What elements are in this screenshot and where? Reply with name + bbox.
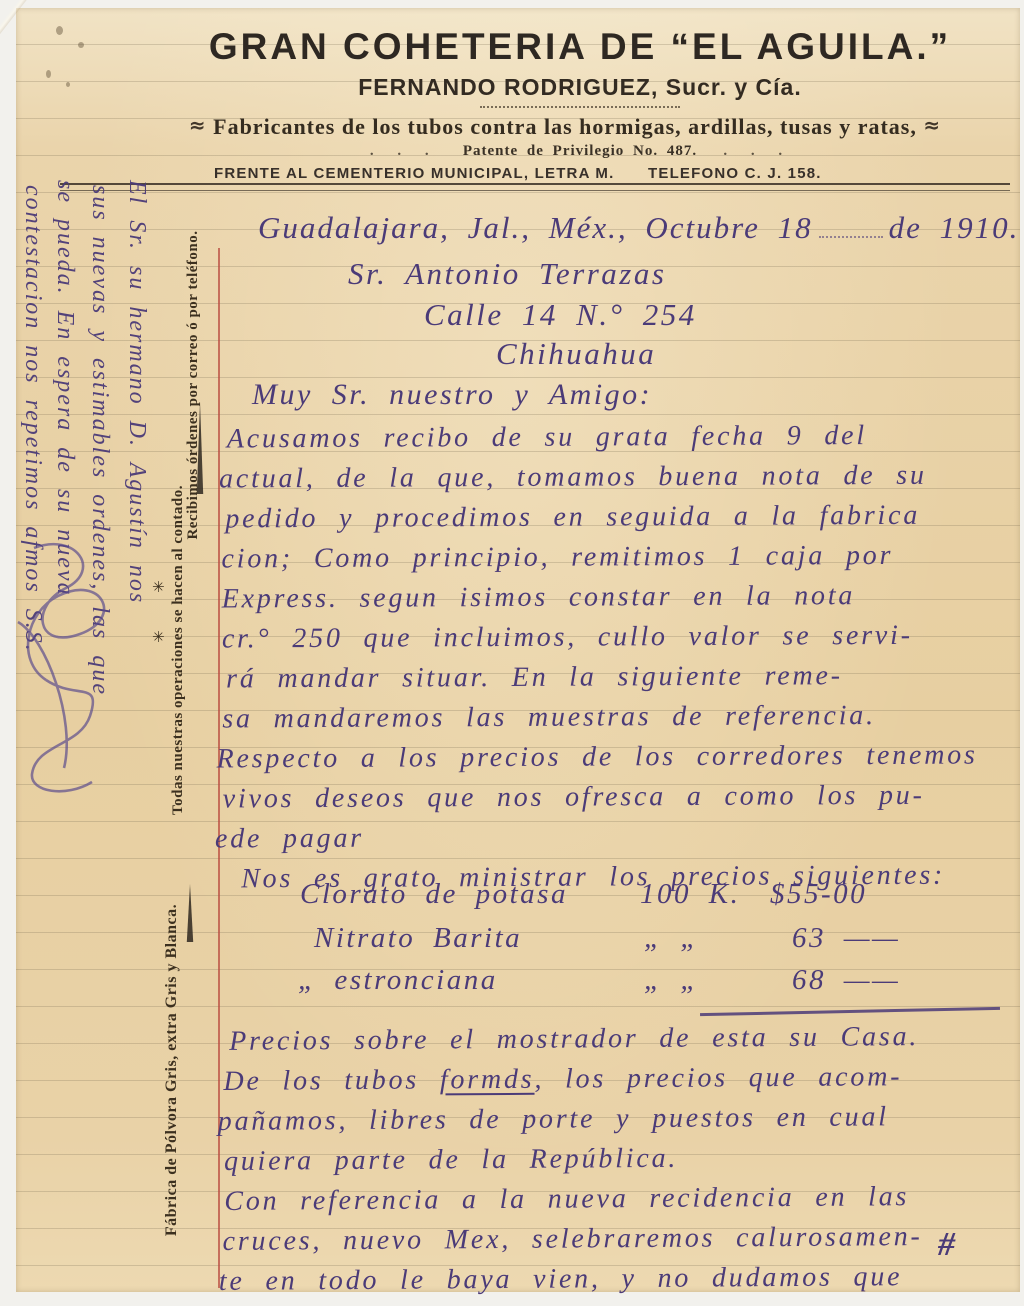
recipient-name: Sr. Antonio Terrazas: [348, 256, 666, 292]
date-year: de 1910.: [889, 210, 1020, 245]
scanned-letter: GRAN COHETERIA DE “EL AGUILA.” FERNANDO …: [0, 0, 1024, 1306]
hash-mark: #: [938, 1226, 955, 1264]
price-value: 68 ——: [792, 964, 900, 997]
paper-speck: [66, 82, 70, 87]
price-unit: 100 K.: [640, 878, 740, 911]
salutation: Muy Sr. nuestro y Amigo:: [252, 378, 652, 412]
letterhead-patent-line: . . . Patente de Privilegio No. 487. . .…: [250, 143, 910, 160]
letter-body: Acusamos recibo de su grata fecha 9 del …: [0, 415, 1005, 900]
body-line: Respecto a los precios de los corredores…: [216, 735, 1004, 779]
closing-text: De los tubos: [223, 1064, 440, 1097]
price-unit: „ „: [644, 922, 699, 955]
dot-ornament: . . .: [370, 143, 437, 159]
closing-line: quiera parte de la República.: [224, 1136, 1004, 1181]
tagline-text: Fabricantes de los tubos contra las horm…: [213, 114, 917, 139]
body-line: pedido y procedimos en seguida a la fabr…: [225, 495, 1003, 539]
squiggle-ornament-icon: ≈: [189, 113, 207, 137]
recipient-city: Chihuahua: [496, 336, 656, 372]
paper-speck: [56, 26, 63, 35]
price-item: „ estronciana: [298, 964, 498, 997]
letterhead-title: GRAN COHETERIA DE “EL AGUILA.”: [150, 26, 1010, 68]
price-item: Nitrato Barita: [314, 922, 522, 955]
price-value: $55-00: [770, 878, 867, 911]
body-line: rá mandar situar. En la siguiente reme-: [226, 655, 1004, 699]
price-unit: „ „: [644, 964, 699, 997]
price-value: 63 ——: [792, 922, 900, 955]
closing-line: De los tubos formds, los precios que aco…: [223, 1056, 1003, 1101]
body-line: cion; Como principio, remitimos 1 caja p…: [221, 535, 1003, 579]
closing-line: Con referencia a la nueva recidencia en …: [224, 1176, 1004, 1221]
closing-line: cruces, nuevo Mex, selebraremos calurosa…: [222, 1216, 1004, 1261]
letter-closing: Precios sobre el mostrador de esta su Ca…: [0, 1016, 1005, 1303]
squiggle-ornament-icon: ≈: [923, 113, 941, 137]
body-line: sa mandaremos las muestras de referencia…: [222, 695, 1004, 739]
date-line: Guadalajara, Jal., Méx., Octubre 18de 19…: [258, 210, 1019, 246]
patent-text: Patente de Privilegio No. 487.: [463, 143, 697, 159]
paper-speck: [78, 42, 84, 48]
body-line: Express. segun isimos constar en la nota: [222, 575, 1004, 619]
date-place: Guadalajara, Jal., Méx., Octubre 18: [258, 210, 813, 245]
closing-line: te en todo le baya vien, y no dudamos qu…: [219, 1256, 1005, 1301]
body-line: ede pagar: [215, 815, 1005, 859]
paper-speck: [46, 70, 51, 78]
letterhead-address: FRENTE AL CEMENTERIO MUNICIPAL, LETRA M.: [214, 165, 615, 182]
letterhead-phone: TELEFONO C. J. 158.: [648, 165, 822, 182]
body-line: Acusamos recibo de su grata fecha 9 del: [227, 415, 1003, 459]
dot-ornament: . . .: [723, 143, 790, 159]
date-dotted-leader: [819, 236, 883, 238]
closing-line: pañamos, libres de porte y puestos en cu…: [218, 1096, 1004, 1141]
price-item: Clorato de potasa: [300, 878, 568, 911]
underlined-word: formds: [440, 1064, 535, 1096]
body-line: cr.° 250 que incluimos, cullo valor se s…: [222, 615, 1004, 659]
recipient-street: Calle 14 N.° 254: [424, 297, 697, 333]
closing-line: Precios sobre el mostrador de esta su Ca…: [229, 1016, 1003, 1061]
letterhead-subtitle: FERNANDO RODRIGUEZ, Sucr. y Cía.: [150, 74, 1010, 101]
closing-text: , los precios que acom-: [534, 1061, 902, 1095]
letterhead-dotted-ornament: [480, 106, 680, 108]
letterhead-tagline: ≈ Fabricantes de los tubos contra las ho…: [100, 113, 1024, 140]
body-line: actual, de la que, tomamos buena nota de…: [219, 455, 1003, 499]
body-line: vivos deseos que nos ofresca a como los …: [223, 775, 1005, 819]
